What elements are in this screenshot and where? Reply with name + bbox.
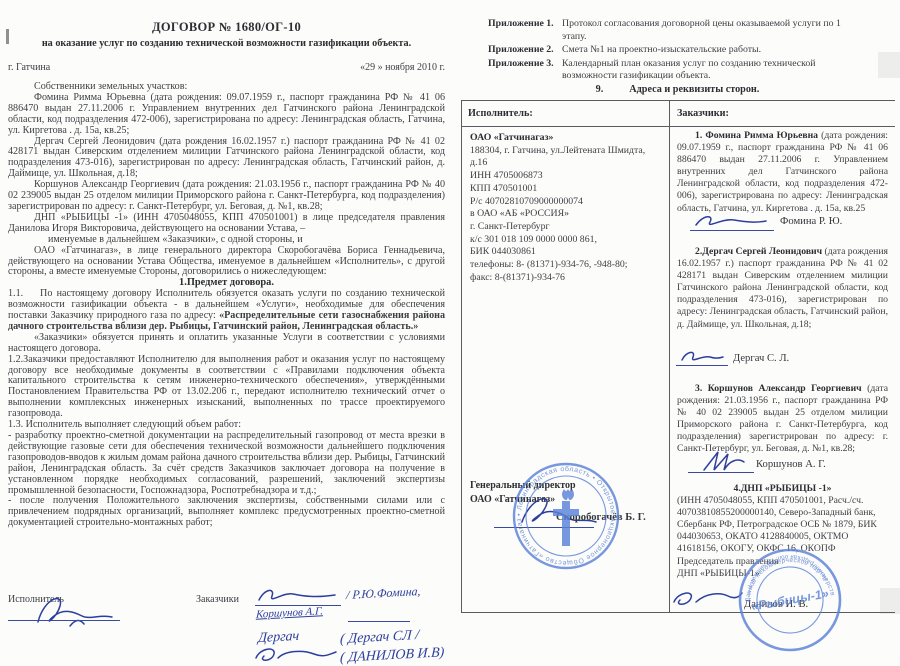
customer-4-name: 4.ДНП «РЫБИЦЫ -1»: [677, 483, 888, 495]
contract-page-1: ДОГОВОР № 1680/ОГ-10 на оказание услуг п…: [8, 20, 445, 529]
clause-accept: «Заказчики» обязуется принять и оплатить…: [8, 333, 445, 355]
executor-signature-line: [8, 620, 120, 621]
customer-signature-1-scribble: [255, 586, 343, 606]
appendix-3-label: Приложение 3.: [488, 58, 562, 83]
rybitsy-stamp-center-text: «Рыбицы-1»: [750, 586, 829, 613]
executor-line: факс: 8-(81371)-934-76: [470, 272, 661, 285]
clause-1-3-item-1: - разработку проектно-сметной документац…: [8, 431, 445, 496]
clause-1-1: 1.1. По настоящему договору Исполнитель …: [8, 289, 445, 333]
fomina-printed-name: Фомина Р. Ю.: [780, 216, 842, 227]
customer-2-details: (дата рождения 16.02.1957 г.) паспорт гр…: [677, 246, 888, 330]
customer-2-name: 2.Дергач Сергей Леонидович: [695, 246, 822, 257]
appendix-2-text: Смета №1 на проектно-изыскательские рабо…: [562, 44, 860, 57]
customer-block-fomina: 1. Фомина Римма Юрьевна (дата рождения: …: [677, 130, 888, 215]
document-title: ДОГОВОР № 1680/ОГ-10: [8, 20, 445, 35]
appendix-list: Приложение 1. Протокол согласования дого…: [488, 18, 860, 84]
dergach-signature-line: [676, 365, 728, 366]
korshunov-printed-name: Коршунов А. Г.: [756, 459, 826, 470]
executor-org-name: ОАО «Гатчинагаз»: [470, 132, 661, 145]
appendix-3-text: Календарный план оказания услуг по созда…: [562, 58, 860, 83]
appendix-row-2: Приложение 2. Смета №1 на проектно-изыск…: [488, 44, 860, 57]
customer-signature-2-line: [348, 621, 410, 622]
executor-signature-scribble: [30, 590, 125, 635]
customer-signature-4-scribble: [250, 646, 340, 666]
executor-line: Р/с 40702810709000000074: [470, 196, 661, 209]
paragraph-owner-fomina: Фомина Римма Юрьевна (дата рождения: 09.…: [8, 93, 445, 137]
executor-line: к/с 301 018 109 0000 0000 861,: [470, 234, 661, 247]
paragraph-owner-korshunov: Коршунов Александр Георгиевич (дата рожд…: [8, 180, 445, 213]
customers-cell: 1. Фомина Римма Юрьевна (дата рождения: …: [670, 127, 895, 612]
clause-1-2: 1.2.Заказчики предоставляют Исполнителю …: [8, 355, 445, 420]
danilov-signature-scribble: [668, 588, 744, 610]
paragraph-owner-dnp: ДНП «РЫБИЦЫ -1» (ИНН 4705048055, КПП 470…: [8, 213, 445, 235]
header-executor: Исполнитель:: [462, 108, 669, 119]
customer-block-korshunov: 3. Коршунов Александр Георгиевич (дата р…: [677, 383, 888, 456]
customer-1-details: (дата рождения: 09.07.1959 г., паспорт г…: [677, 130, 888, 214]
customer-1-name: 1. Фомина Римма Юрьевна: [695, 130, 818, 141]
customer-3-name: 3. Коршунов Александр Георгиевич: [695, 383, 862, 394]
executor-line: 188304, г. Гатчина, ул.Лейтената Шмидта,…: [470, 145, 661, 170]
executor-line: ИНН 4705006873: [470, 170, 661, 183]
paragraph-executor-org: ОАО «Гатчинагаз», в лице генерального ди…: [8, 246, 445, 279]
section-9-title: Адреса и реквизиты сторон.: [629, 84, 759, 95]
handwritten-name-dergach: Дергач: [258, 629, 300, 647]
section-9-number: 9.: [596, 84, 604, 95]
handwritten-name-korshunov: Коршунов А.Г.: [256, 605, 324, 621]
handwritten-name-dergach-paren: ( Дергач СЛ /: [340, 628, 420, 648]
scanned-contract-document: ДОГОВОР № 1680/ОГ-10 на оказание услуг п…: [0, 0, 900, 666]
executor-line: БИК 044030861: [470, 246, 661, 259]
gatchinagaz-round-stamp: • Ленинградская область • Открытое Акцио…: [511, 461, 621, 571]
korshunov-signature-line: [688, 472, 754, 473]
appendix-row-3: Приложение 3. Календарный план оказания …: [488, 58, 860, 83]
handwritten-name-fomina: / Р.Ю.Фомина,: [346, 584, 421, 603]
section-9-heading: 9. Адреса и реквизиты сторон.: [461, 84, 894, 95]
scan-artifact-shadow: [878, 52, 900, 78]
contract-body: Собственники земельных участков: Фомина …: [8, 82, 445, 529]
executor-line: в ОАО «АБ «РОССИЯ»: [470, 208, 661, 221]
dergach-signature-scribble: [678, 348, 726, 366]
paragraph-named-customers: именуемые в дальнейшем «Заказчики», с од…: [8, 235, 445, 246]
fomina-signature-scribble: [692, 212, 772, 232]
executor-line: г. Санкт-Петербург: [470, 221, 661, 234]
appendix-row-1: Приложение 1. Протокол согласования дого…: [488, 18, 860, 43]
customer-block-dergach: 2.Дергач Сергей Леонидович (дата рождени…: [677, 246, 888, 331]
document-date: «29 » ноября 2010 г.: [360, 62, 445, 73]
korshunov-signature-scribble: [698, 448, 750, 474]
dergach-printed-name: Дергач С. Л.: [733, 353, 789, 364]
executor-line: телефоны: 8- (81371)-934-76, -948-80;: [470, 259, 661, 272]
customers-footer-label: Заказчики: [196, 594, 239, 605]
paragraph-owner-dergach: Дергач Сергей Леонидович (дата рождения …: [8, 137, 445, 181]
executor-line: КПП 470501001: [470, 183, 661, 196]
table-column-divider: [669, 101, 670, 612]
fomina-signature-line: [690, 230, 774, 231]
header-customers: Заказчики:: [669, 108, 895, 119]
handwritten-name-danilov: ( ДАНИЛОВ И.В): [340, 645, 445, 666]
requisites-table-header: Исполнитель: Заказчики:: [462, 101, 895, 127]
rybitsy-round-stamp: «Рыбицы-1» Дачное некоммерческое партнер…: [729, 539, 852, 662]
document-subtitle: на оказание услуг по созданию техническо…: [8, 38, 445, 49]
appendix-2-label: Приложение 2.: [488, 44, 562, 57]
appendix-1-label: Приложение 1.: [488, 18, 562, 43]
appendix-1-text: Протокол согласования договорной цены ок…: [562, 18, 860, 43]
document-city: г. Гатчина: [8, 62, 50, 73]
clause-1-3-item-2: - после получения Положительного заключе…: [8, 496, 445, 529]
